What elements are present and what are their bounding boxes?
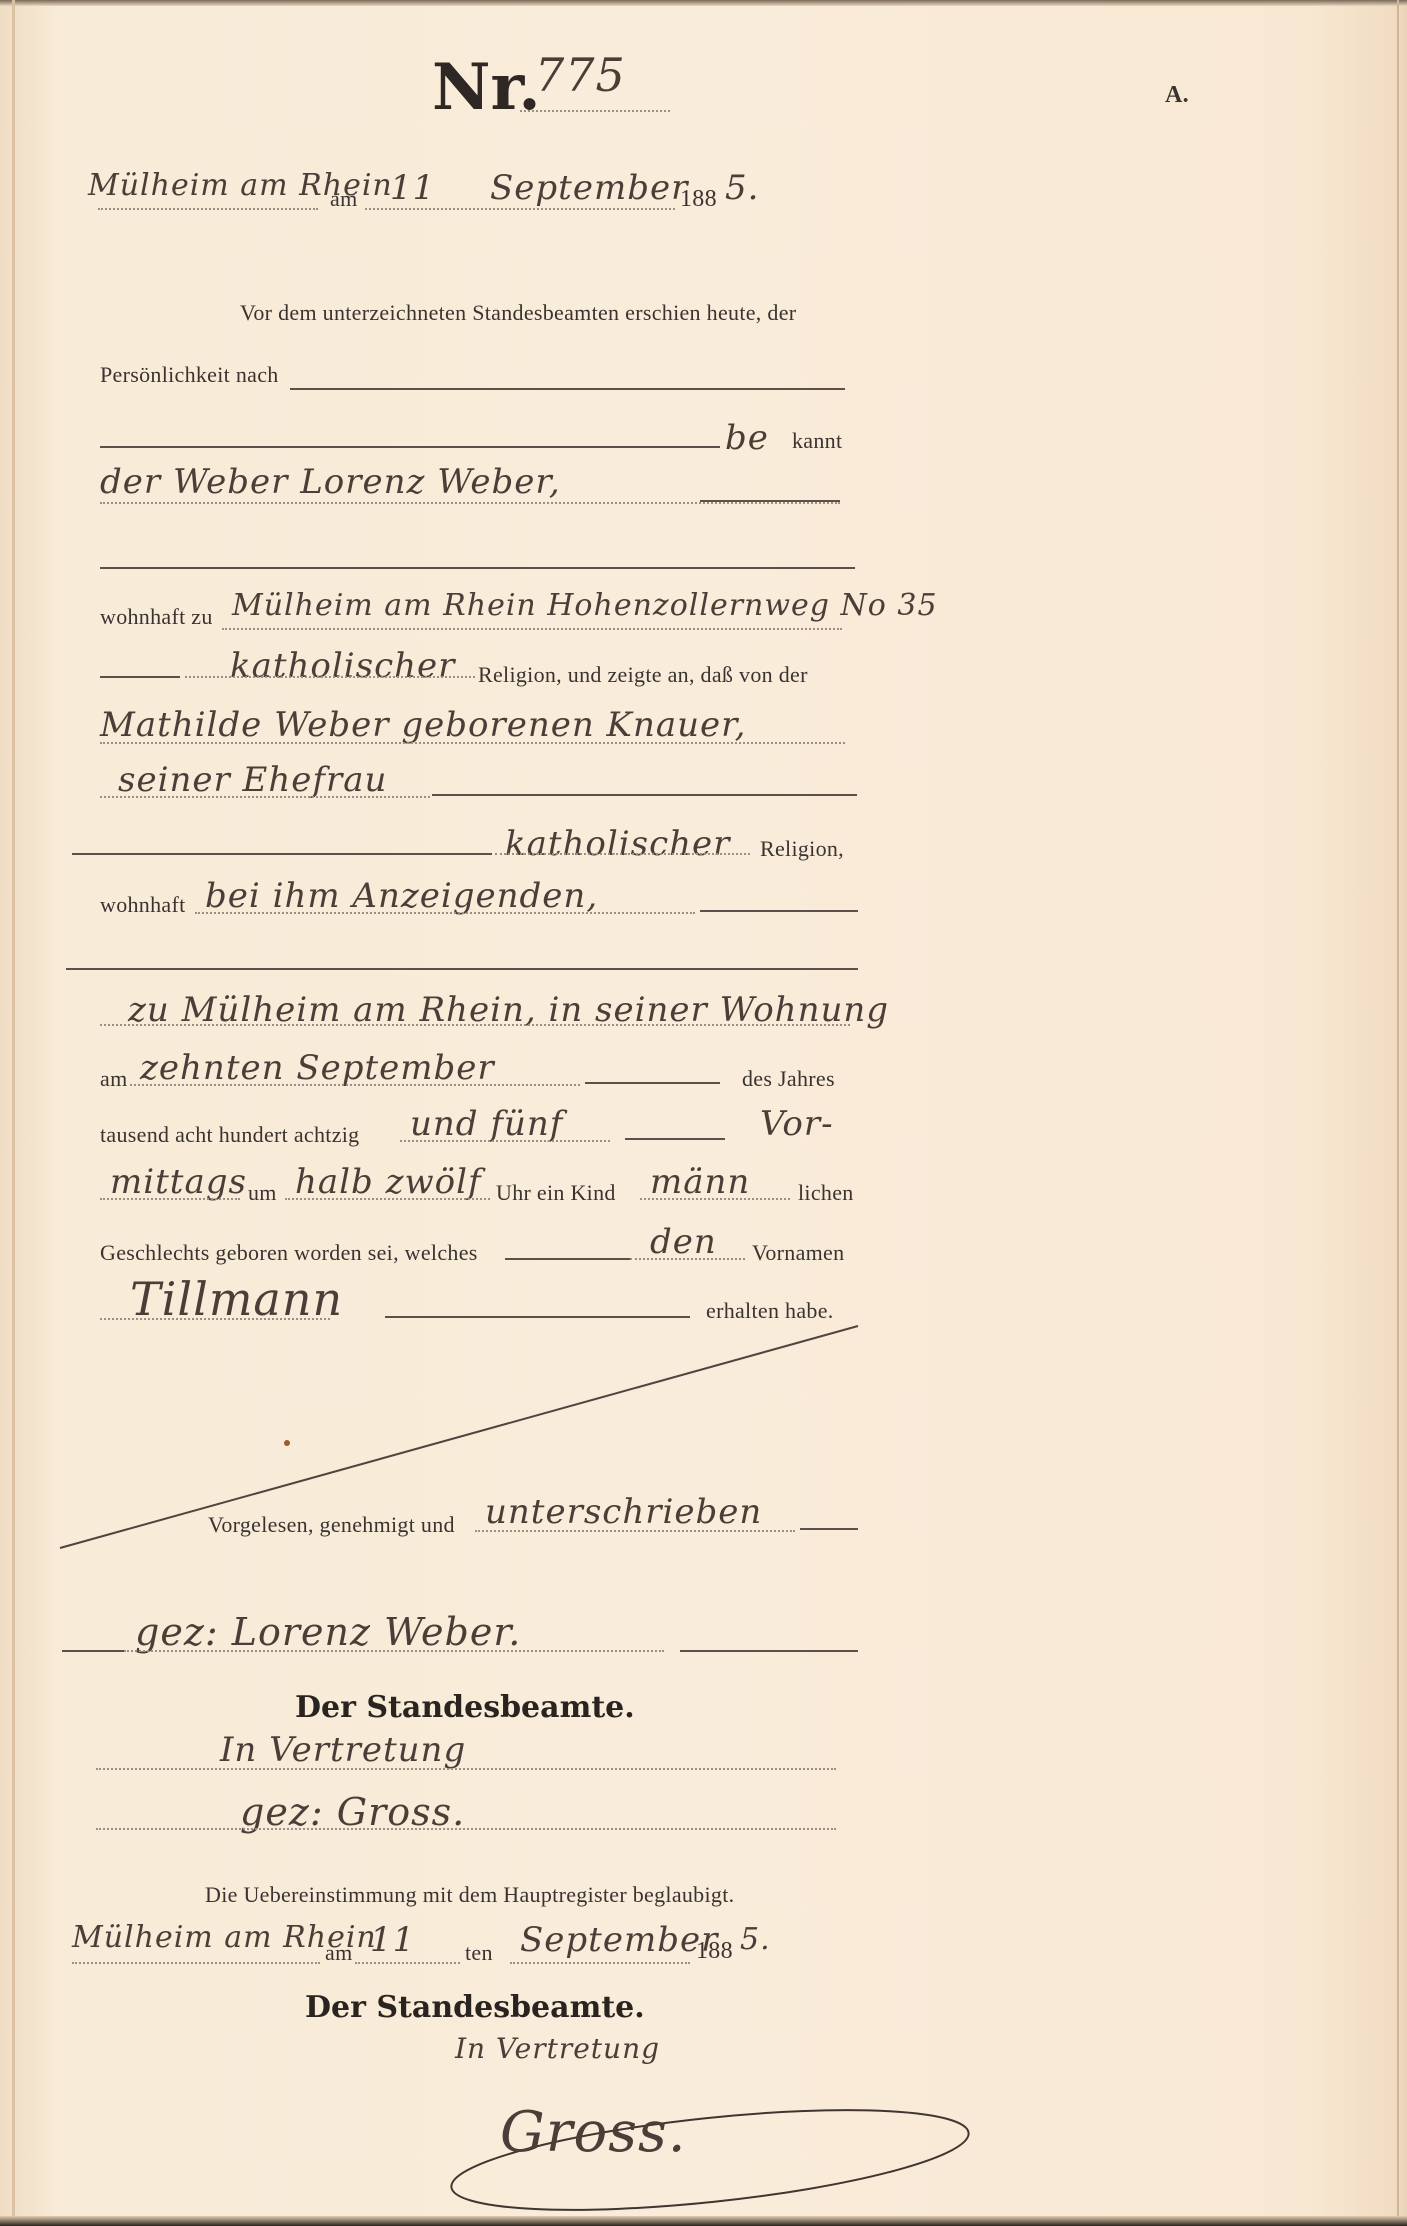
unterschrieben-handwritten: unterschrieben xyxy=(485,1492,762,1532)
unterschrieben-line xyxy=(475,1530,795,1532)
certification-place-line xyxy=(72,1962,320,1964)
unterschrieben-filler xyxy=(800,1528,858,1530)
informant-signature-line xyxy=(124,1650,664,1652)
certification-text: Die Uebereinstimmung mit dem Hauptregist… xyxy=(205,1882,734,1908)
certification-month: September xyxy=(520,1920,718,1960)
certification-signature: Gross. xyxy=(500,2100,687,2165)
in-vertretung: In Vertretung xyxy=(220,1730,466,1770)
certification-in-vertretung: In Vertretung xyxy=(455,2032,660,2065)
certification-ten: ten xyxy=(465,1940,493,1966)
registrar-signature-line xyxy=(96,1828,836,1830)
vorgelesen-text: Vorgelesen, genehmigt und xyxy=(208,1512,455,1538)
register-page: Nr. 775 A. Mülheim am Rhein am 11 Septem… xyxy=(0,0,1407,2226)
certification-day: 11 xyxy=(370,1920,415,1960)
certification-am: am xyxy=(325,1940,352,1966)
signature-left-filler xyxy=(62,1650,124,1652)
certification-year-prefix: 188 xyxy=(696,1938,733,1965)
certification-registrar-title: Der Standesbeamte. xyxy=(305,1990,645,2025)
signature-right-filler xyxy=(680,1650,858,1652)
certification-year-suffix: 5. xyxy=(740,1922,771,1957)
certification-month-line xyxy=(510,1962,690,1964)
vertretung-line xyxy=(96,1768,836,1770)
informant-signature: gez: Lorenz Weber. xyxy=(135,1610,521,1654)
registrar-title: Der Standesbeamte. xyxy=(295,1690,635,1725)
certification-day-line xyxy=(355,1962,460,1964)
